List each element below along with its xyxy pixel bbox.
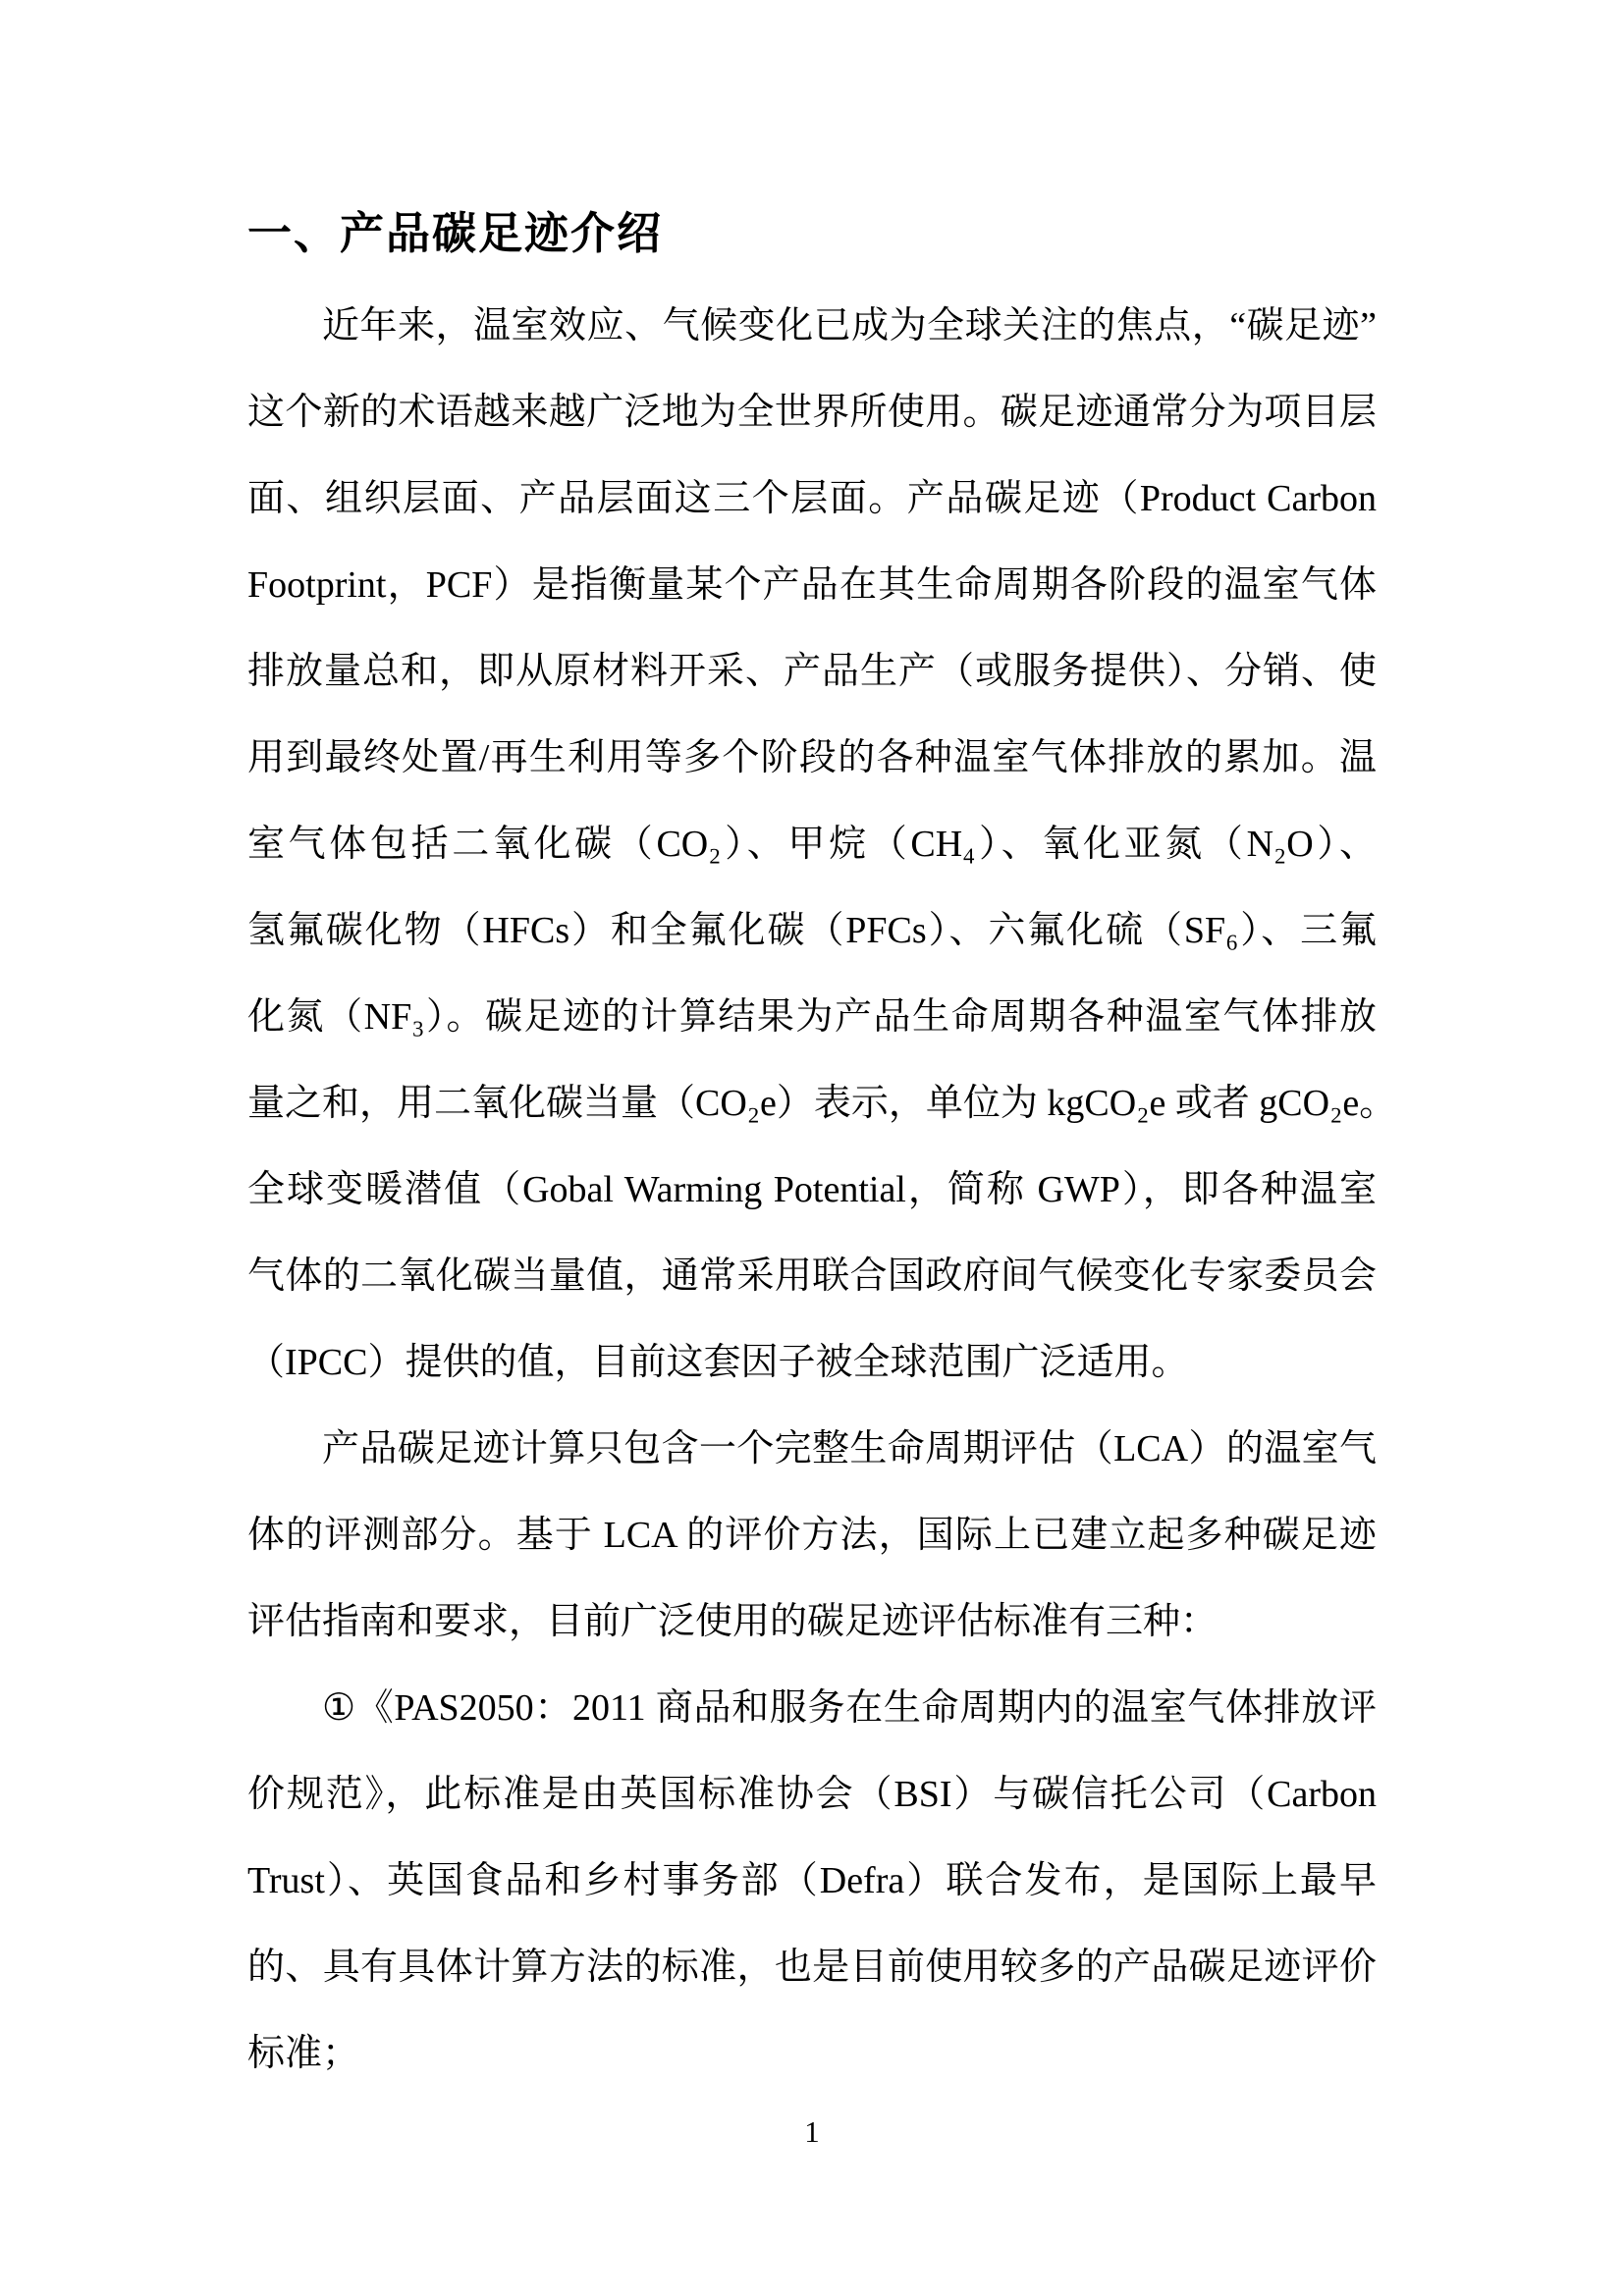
page-number: 1 (0, 2110, 1624, 2154)
document-page: 一、产品碳足迹介绍 近年来，温室效应、气候变化已成为全球关注的焦点，“碳足迹” … (0, 0, 1624, 2296)
text-line: 氢氟碳化物（HFCs）和全氟化碳（PFCs）、六氟化硫（SF₆）、三氟 (247, 887, 1377, 974)
text-line: ①《PAS2050：2011 商品和服务在生命周期内的温室气体排放评 (247, 1665, 1377, 1751)
paragraph: 近年来，温室效应、气候变化已成为全球关注的焦点，“碳足迹” 这个新的术语越来越广… (247, 283, 1377, 1406)
text-line: 量之和，用二氧化碳当量（CO₂e）表示，单位为 kgCO₂e 或者 gCO₂e。 (247, 1060, 1377, 1147)
text-line: 的、具有具体计算方法的标准，也是目前使用较多的产品碳足迹评价 (247, 1924, 1377, 2010)
document-body: 近年来，温室效应、气候变化已成为全球关注的焦点，“碳足迹” 这个新的术语越来越广… (247, 283, 1377, 2097)
text-line: 评估指南和要求，目前广泛使用的碳足迹评估标准有三种： (247, 1578, 1377, 1665)
text-line: 化氮（NF₃）。碳足迹的计算结果为产品生命周期各种温室气体排放 (247, 974, 1377, 1060)
paragraph: 产品碳足迹计算只包含一个完整生命周期评估（LCA）的温室气 体的评测部分。基于 … (247, 1406, 1377, 1665)
section-heading: 一、产品碳足迹介绍 (247, 208, 1377, 259)
text-line: 这个新的术语越来越广泛地为全世界所使用。碳足迹通常分为项目层 (247, 369, 1377, 455)
text-line: 室气体包括二氧化碳（CO₂）、甲烷（CH₄）、氧化亚氮（N₂O）、 (247, 801, 1377, 887)
text-line: 排放量总和，即从原材料开采、产品生产（或服务提供）、分销、使 (247, 628, 1377, 715)
text-line: 价规范》，此标准是由英国标准协会（BSI）与碳信托公司（Carbon (247, 1751, 1377, 1838)
text-line: （IPCC）提供的值，目前这套因子被全球范围广泛适用。 (247, 1319, 1377, 1406)
text-line: 面、组织层面、产品层面这三个层面。产品碳足迹（Product Carbon (247, 455, 1377, 542)
paragraph: ①《PAS2050：2011 商品和服务在生命周期内的温室气体排放评 价规范》，… (247, 1665, 1377, 2097)
text-line: 近年来，温室效应、气候变化已成为全球关注的焦点，“碳足迹” (247, 283, 1377, 369)
text-line: 气体的二氧化碳当量值，通常采用联合国政府间气候变化专家委员会 (247, 1233, 1377, 1319)
text-line: Trust）、英国食品和乡村事务部（Defra）联合发布，是国际上最早 (247, 1838, 1377, 1924)
text-line: 体的评测部分。基于 LCA 的评价方法，国际上已建立起多种碳足迹 (247, 1492, 1377, 1578)
text-line: 用到最终处置/再生利用等多个阶段的各种温室气体排放的累加。温 (247, 715, 1377, 801)
text-line: Footprint，PCF）是指衡量某个产品在其生命周期各阶段的温室气体 (247, 542, 1377, 628)
text-line: 全球变暖潜值（Gobal Warming Potential，简称 GWP），即… (247, 1147, 1377, 1233)
text-line: 标准； (247, 2010, 1377, 2097)
text-line: 产品碳足迹计算只包含一个完整生命周期评估（LCA）的温室气 (247, 1406, 1377, 1492)
